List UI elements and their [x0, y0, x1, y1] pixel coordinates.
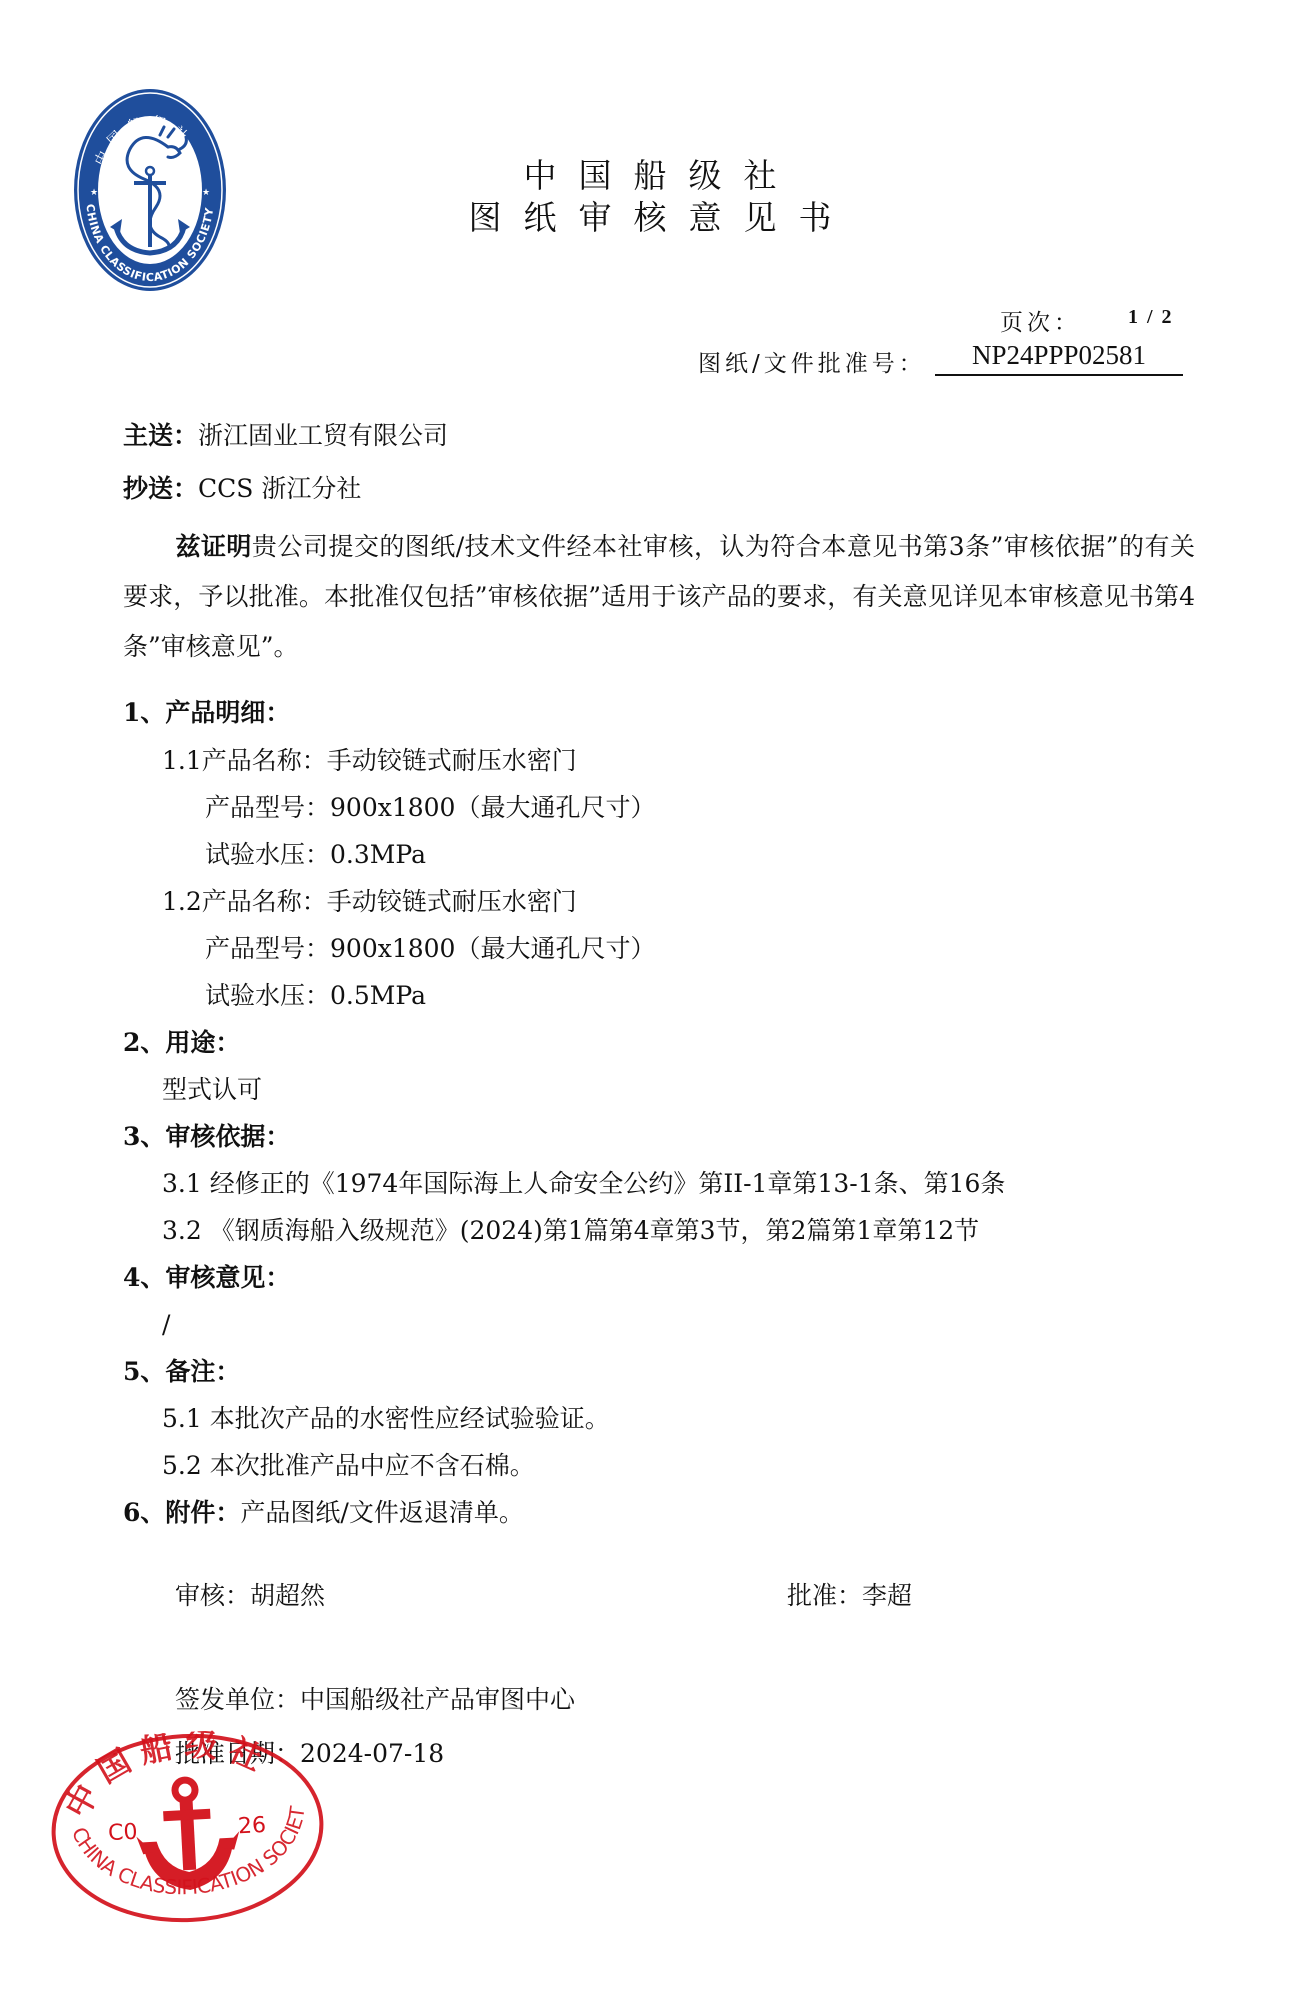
- page-label: 页次：: [1000, 304, 1081, 337]
- issuing-unit: 签发单位：中国船级社产品审图中心: [175, 1684, 575, 1716]
- cc-recipient-value: CCS 浙江分社: [198, 474, 361, 503]
- main-recipient-value: 浙江固业工贸有限公司: [198, 421, 448, 450]
- svg-text:中国船级社: 中国船级社: [54, 1725, 281, 1826]
- main-recipient: 主送：浙江固业工贸有限公司: [123, 420, 448, 452]
- item-name-value: 手动铰链式耐压水密门: [327, 887, 577, 916]
- item-1-1-pressure: 试验水压：0.3MPa: [205, 839, 426, 871]
- approver: 批准：李超: [787, 1580, 912, 1612]
- item-1-1-name: 1.1产品名称：手动铰链式耐压水密门: [162, 745, 577, 777]
- certification-body: 贵公司提交的图纸/技术文件经本社审核，认为符合本意见书第3条”审核依据”的有关要…: [123, 532, 1195, 661]
- item-pressure-value: 0.3MPa: [330, 840, 426, 869]
- cc-recipient-label: 抄送：: [123, 474, 198, 503]
- item-model-value: 900x1800（最大通孔尺寸）: [330, 793, 655, 822]
- item-1-2-name: 1.2产品名称：手动铰链式耐压水密门: [162, 886, 577, 918]
- section-6-value: 产品图纸/文件返退清单。: [240, 1498, 523, 1527]
- remark-item-5-2: 5.2 本次批准产品中应不含石棉。: [162, 1450, 535, 1482]
- reviewer: 审核：胡超然: [175, 1580, 325, 1612]
- approval-number-label: 图纸/文件批准号：: [698, 345, 926, 378]
- approver-label: 批准：: [787, 1581, 862, 1610]
- section-1-heading: 1、产品明细：: [123, 697, 290, 729]
- reviewer-label: 审核：: [175, 1581, 250, 1610]
- section-6-heading: 6、附件：: [123, 1498, 240, 1527]
- organization-title: 中国船级社: [0, 150, 1300, 197]
- item-pressure-label: 试验水压：: [205, 840, 330, 869]
- section-4-heading: 4、审核意见：: [123, 1262, 290, 1294]
- item-1-2-pressure: 试验水压：0.5MPa: [205, 980, 426, 1012]
- section-3-heading: 3、审核依据：: [123, 1121, 290, 1153]
- official-seal-stamp: 中国船级社 CHINA CLASSIFICATION SOCIETY C0 26: [45, 1725, 330, 1931]
- remark-item-5-1: 5.1 本批次产品的水密性应经试验验证。: [162, 1403, 610, 1435]
- item-name-value: 手动铰链式耐压水密门: [327, 746, 577, 775]
- section-2-value: 型式认可: [162, 1074, 262, 1106]
- certification-paragraph: 兹证明贵公司提交的图纸/技术文件经本社审核，认为符合本意见书第3条”审核依据”的…: [123, 522, 1195, 672]
- item-name-label: 1.1产品名称：: [162, 746, 327, 775]
- cc-recipient: 抄送：CCS 浙江分社: [123, 473, 361, 505]
- item-name-label: 1.2产品名称：: [162, 887, 327, 916]
- reviewer-name: 胡超然: [250, 1581, 325, 1610]
- approval-number: NP24PPP02581: [935, 340, 1183, 376]
- item-1-1-model: 产品型号：900x1800（最大通孔尺寸）: [205, 792, 655, 824]
- section-6: 6、附件：产品图纸/文件返退清单。: [123, 1497, 524, 1529]
- issuing-unit-label: 签发单位：: [175, 1685, 300, 1714]
- document-title: 图纸审核意见书: [0, 192, 1300, 239]
- svg-text:26: 26: [237, 1813, 266, 1839]
- certification-lead: 兹证明: [175, 532, 252, 561]
- issuing-unit-value: 中国船级社产品审图中心: [300, 1685, 575, 1714]
- approver-name: 李超: [862, 1581, 912, 1610]
- section-4-value: /: [162, 1309, 170, 1341]
- item-model-label: 产品型号：: [205, 934, 330, 963]
- basis-item-3-2: 3.2 《钢质海船入级规范》(2024)第1篇第4章第3节，第2篇第1章第12节: [162, 1215, 979, 1247]
- item-model-label: 产品型号：: [205, 793, 330, 822]
- svg-text:C0: C0: [108, 1820, 139, 1847]
- page-number: 1 / 2: [1128, 306, 1174, 329]
- item-1-2-model: 产品型号：900x1800（最大通孔尺寸）: [205, 933, 655, 965]
- anchor-seal-icon: 中国船级社 CHINA CLASSIFICATION SOCIETY C0 26: [45, 1725, 330, 1931]
- main-recipient-label: 主送：: [123, 421, 198, 450]
- item-model-value: 900x1800（最大通孔尺寸）: [330, 934, 655, 963]
- section-2-heading: 2、用途：: [123, 1027, 240, 1059]
- basis-item-3-1: 3.1 经修正的《1974年国际海上人命安全公约》第II-1章第13-1条、第1…: [162, 1168, 1005, 1200]
- section-5-heading: 5、备注：: [123, 1356, 240, 1388]
- item-pressure-value: 0.5MPa: [330, 981, 426, 1010]
- item-pressure-label: 试验水压：: [205, 981, 330, 1010]
